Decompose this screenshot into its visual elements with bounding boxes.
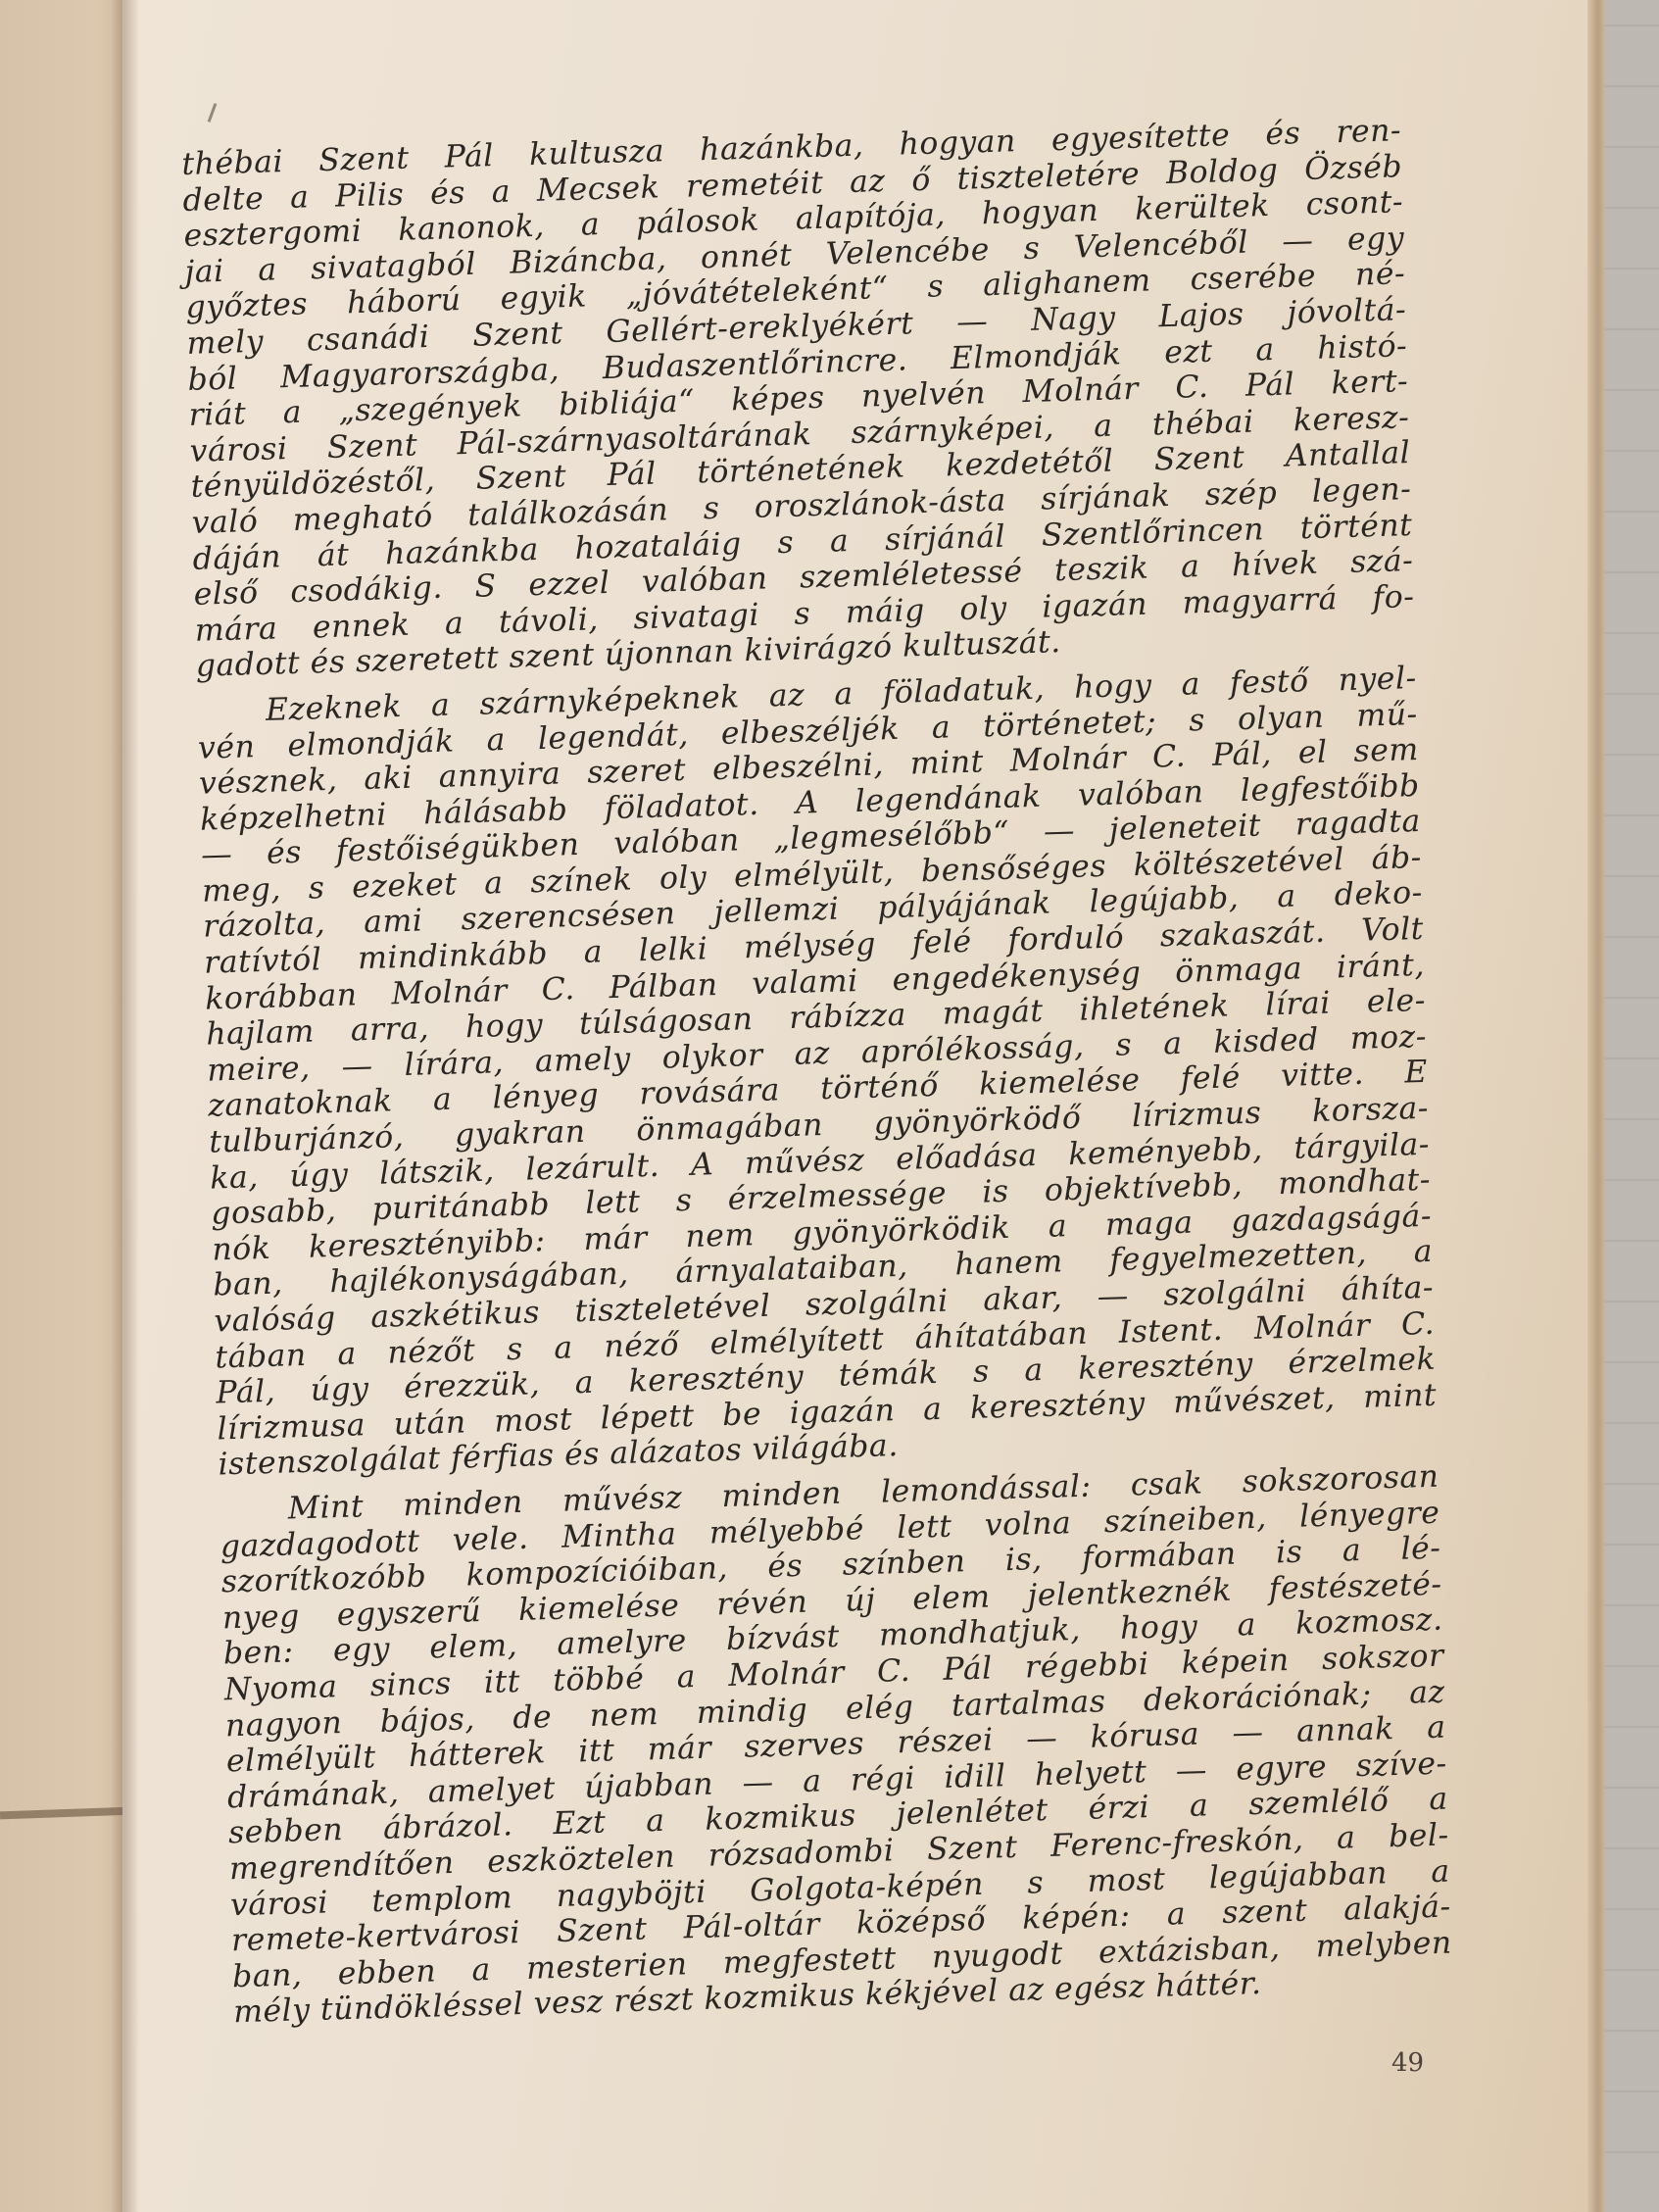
page-number: 49 (1391, 2048, 1424, 2078)
paragraph-2: Ezeknek a szárnyképeknek az a föladatuk,… (197, 661, 1439, 1484)
paragraph-1: thébai Szent Pál kultusza hazánkba, hogy… (181, 113, 1416, 684)
table-surface (1605, 0, 1659, 2212)
page-edge-right (1587, 0, 1605, 2212)
paragraph-3: Mint minden művész minden lemondással: c… (219, 1459, 1453, 2031)
body-text: thébai Szent Pál kultusza hazánkba, hogy… (181, 113, 1453, 2031)
gutter-shadow (110, 0, 139, 2212)
